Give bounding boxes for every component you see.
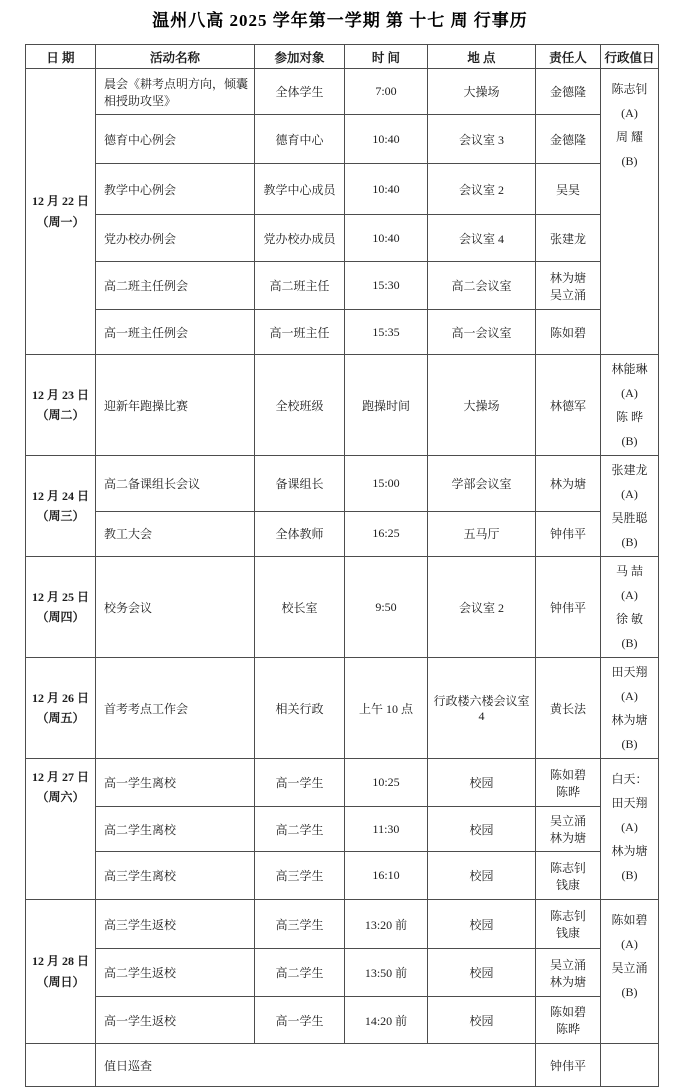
activity-cell: 高一班主任例会 (96, 310, 255, 355)
date-cell: 12 月 23 日（周二） (26, 355, 96, 456)
time-cell: 9:50 (345, 557, 428, 658)
location-cell: 大操场 (428, 355, 536, 456)
time-cell: 跑操时间 (345, 355, 428, 456)
header-cell-location: 地 点 (428, 45, 536, 69)
weekday-text: （周四） (36, 610, 84, 624)
activity-cell: 高三学生返校 (96, 900, 255, 949)
responsible-cell: 吴立涌 林为塘 (536, 949, 601, 997)
activity-cell: 高二学生返校 (96, 949, 255, 997)
responsible-cell: 陈如碧 陈晔 (536, 997, 601, 1044)
table-row: 高一班主任例会 高一班主任 15:35 高一会议室 陈如碧 (26, 310, 659, 355)
time-cell: 10:40 (345, 215, 428, 262)
admin-duty-cell: 陈如碧 (A) 吴立涌 (B) (601, 900, 659, 1044)
participants-cell: 全校班级 (255, 355, 345, 456)
table-row: 高二学生离校 高二学生 11:30 校园 吴立涌 林为塘 (26, 807, 659, 852)
participants-cell: 高一学生 (255, 759, 345, 807)
weekday-text: （周二） (36, 408, 84, 422)
table-row: 12 月 23 日（周二） 迎新年跑操比赛 全校班级 跑操时间 大操场 林德军 … (26, 355, 659, 456)
admin-duty-cell: 田天翔 (A) 林为塘 (B) (601, 658, 659, 759)
participants-cell: 高一学生 (255, 997, 345, 1044)
admin-duty-cell: 马 喆 (A) 徐 敏 (B) (601, 557, 659, 658)
time-cell: 上午 10 点 (345, 658, 428, 759)
responsible-cell: 金德隆 (536, 115, 601, 164)
activity-cell: 高一学生返校 (96, 997, 255, 1044)
header-cell-participants: 参加对象 (255, 45, 345, 69)
participants-cell: 高二班主任 (255, 262, 345, 310)
table-row: 12 月 28 日（周日） 高三学生返校 高三学生 13:20 前 校园 陈志钊… (26, 900, 659, 949)
table-row: 党办校办例会 党办校办成员 10:40 会议室 4 张建龙 (26, 215, 659, 262)
participants-cell: 高一班主任 (255, 310, 345, 355)
time-cell: 10:40 (345, 164, 428, 215)
date-cell (26, 1044, 96, 1087)
responsible-cell: 陈志钊 钱康 (536, 852, 601, 900)
date-text: 12 月 28 日 (32, 954, 89, 968)
responsible-cell: 陈如碧 陈晔 (536, 759, 601, 807)
activity-cell: 校务会议 (96, 557, 255, 658)
location-cell: 高二会议室 (428, 262, 536, 310)
activity-cell: 高二备课组长会议 (96, 456, 255, 512)
date-text: 12 月 24 日 (32, 489, 89, 503)
date-cell: 12 月 24 日（周三） (26, 456, 96, 557)
table-row: 12 月 26 日（周五） 首考考点工作会 相关行政 上午 10 点 行政楼六楼… (26, 658, 659, 759)
participants-cell: 高二学生 (255, 949, 345, 997)
time-cell: 13:20 前 (345, 900, 428, 949)
time-cell: 13:50 前 (345, 949, 428, 997)
table-row: 德育中心例会 德育中心 10:40 会议室 3 金德隆 (26, 115, 659, 164)
activity-cell: 高一学生离校 (96, 759, 255, 807)
activity-cell: 晨会《耕考点明方向，倾囊相授助攻坚》 (96, 69, 255, 115)
location-cell: 学部会议室 (428, 456, 536, 512)
date-text: 12 月 23 日 (32, 388, 89, 402)
activity-cell: 高二学生离校 (96, 807, 255, 852)
participants-cell: 教学中心成员 (255, 164, 345, 215)
location-cell: 会议室 2 (428, 164, 536, 215)
responsible-cell: 张建龙 (536, 215, 601, 262)
header-cell-admin-duty: 行政值日 (601, 45, 659, 69)
table-row: 12 月 22 日（周一） 晨会《耕考点明方向，倾囊相授助攻坚》 全体学生 7:… (26, 69, 659, 115)
table-row: 教工大会 全体教师 16:25 五马厅 钟伟平 (26, 511, 659, 556)
location-cell: 行政楼六楼会议室 4 (428, 658, 536, 759)
location-cell: 校园 (428, 949, 536, 997)
time-cell: 11:30 (345, 807, 428, 852)
table-row: 12 月 27 日（周六） 高一学生离校 高一学生 10:25 校园 陈如碧 陈… (26, 759, 659, 807)
participants-cell: 党办校办成员 (255, 215, 345, 262)
header-cell-time: 时 间 (345, 45, 428, 69)
admin-duty-cell: 张建龙 (A) 吴胜聪 (B) (601, 456, 659, 557)
date-text: 12 月 27 日 (32, 770, 89, 784)
responsible-cell: 金德隆 (536, 69, 601, 115)
activity-cell: 党办校办例会 (96, 215, 255, 262)
activity-cell: 值日巡查 (96, 1044, 536, 1087)
admin-duty-cell (601, 1044, 659, 1087)
location-cell: 校园 (428, 900, 536, 949)
date-cell: 12 月 25 日（周四） (26, 557, 96, 658)
participants-cell: 全体学生 (255, 69, 345, 115)
date-text: 12 月 26 日 (32, 691, 89, 705)
responsible-cell: 吴昊 (536, 164, 601, 215)
date-text: 12 月 22 日 (32, 194, 89, 208)
date-cell: 12 月 22 日（周一） (26, 69, 96, 355)
weekday-text: （周三） (36, 509, 84, 523)
time-cell: 10:25 (345, 759, 428, 807)
table-row: 值日巡查 钟伟平 (26, 1044, 659, 1087)
table-row: 高二班主任例会 高二班主任 15:30 高二会议室 林为塘 吴立涌 (26, 262, 659, 310)
table-row: 12 月 25 日（周四） 校务会议 校长室 9:50 会议室 2 钟伟平 马 … (26, 557, 659, 658)
location-cell: 大操场 (428, 69, 536, 115)
header-cell-responsible: 责任人 (536, 45, 601, 69)
table-row: 高一学生返校 高一学生 14:20 前 校园 陈如碧 陈晔 (26, 997, 659, 1044)
date-cell: 12 月 27 日（周六） (26, 759, 96, 900)
participants-cell: 高二学生 (255, 807, 345, 852)
participants-cell: 校长室 (255, 557, 345, 658)
responsible-cell: 黄长法 (536, 658, 601, 759)
location-cell: 校园 (428, 997, 536, 1044)
time-cell: 14:20 前 (345, 997, 428, 1044)
responsible-cell: 钟伟平 (536, 557, 601, 658)
location-cell: 校园 (428, 852, 536, 900)
activity-cell: 教学中心例会 (96, 164, 255, 215)
header-row: 日 期 活动名称 参加对象 时 间 地 点 责任人 行政值日 (26, 45, 659, 69)
activity-cell: 德育中心例会 (96, 115, 255, 164)
page-title: 温州八高 2025 学年第一学期 第 十七 周 行事历 (0, 6, 680, 31)
participants-cell: 德育中心 (255, 115, 345, 164)
location-cell: 校园 (428, 807, 536, 852)
participants-cell: 高三学生 (255, 900, 345, 949)
activity-cell: 首考考点工作会 (96, 658, 255, 759)
participants-cell: 高三学生 (255, 852, 345, 900)
table-row: 教学中心例会 教学中心成员 10:40 会议室 2 吴昊 (26, 164, 659, 215)
table-row: 高三学生离校 高三学生 16:10 校园 陈志钊 钱康 (26, 852, 659, 900)
header-cell-date: 日 期 (26, 45, 96, 69)
responsible-cell: 陈志钊 钱康 (536, 900, 601, 949)
participants-cell: 相关行政 (255, 658, 345, 759)
weekday-text: （周六） (36, 790, 84, 804)
table-row: 12 月 24 日（周三） 高二备课组长会议 备课组长 15:00 学部会议室 … (26, 456, 659, 512)
responsible-cell: 林为塘 (536, 456, 601, 512)
weekday-text: （周五） (36, 711, 84, 725)
admin-duty-cell: 陈志钊 (A) 周 耀 (B) (601, 69, 659, 355)
activity-cell: 迎新年跑操比赛 (96, 355, 255, 456)
date-text: 12 月 25 日 (32, 590, 89, 604)
header-cell-activity: 活动名称 (96, 45, 255, 69)
date-cell: 12 月 28 日（周日） (26, 900, 96, 1044)
date-cell: 12 月 26 日（周五） (26, 658, 96, 759)
responsible-cell: 钟伟平 (536, 1044, 601, 1087)
time-cell: 15:00 (345, 456, 428, 512)
activity-cell: 教工大会 (96, 511, 255, 556)
time-cell: 16:10 (345, 852, 428, 900)
location-cell: 会议室 3 (428, 115, 536, 164)
location-cell: 高一会议室 (428, 310, 536, 355)
location-cell: 校园 (428, 759, 536, 807)
time-cell: 15:30 (345, 262, 428, 310)
responsible-cell: 钟伟平 (536, 511, 601, 556)
location-cell: 五马厅 (428, 511, 536, 556)
weekday-text: （周一） (36, 215, 84, 229)
location-cell: 会议室 4 (428, 215, 536, 262)
participants-cell: 全体教师 (255, 511, 345, 556)
responsible-cell: 林德军 (536, 355, 601, 456)
responsible-cell: 林为塘 吴立涌 (536, 262, 601, 310)
activity-cell: 高二班主任例会 (96, 262, 255, 310)
table-row: 高二学生返校 高二学生 13:50 前 校园 吴立涌 林为塘 (26, 949, 659, 997)
weekday-text: （周日） (36, 975, 84, 989)
admin-duty-cell: 白天： 田天翔 (A) 林为塘 (B) (601, 759, 659, 900)
participants-cell: 备课组长 (255, 456, 345, 512)
time-cell: 7:00 (345, 69, 428, 115)
responsible-cell: 吴立涌 林为塘 (536, 807, 601, 852)
activity-cell: 高三学生离校 (96, 852, 255, 900)
time-cell: 10:40 (345, 115, 428, 164)
responsible-cell: 陈如碧 (536, 310, 601, 355)
schedule-table: 日 期 活动名称 参加对象 时 间 地 点 责任人 行政值日 12 月 22 日… (25, 44, 659, 1087)
time-cell: 15:35 (345, 310, 428, 355)
location-cell: 会议室 2 (428, 557, 536, 658)
admin-duty-cell: 林能琳 (A) 陈 晔 (B) (601, 355, 659, 456)
time-cell: 16:25 (345, 511, 428, 556)
